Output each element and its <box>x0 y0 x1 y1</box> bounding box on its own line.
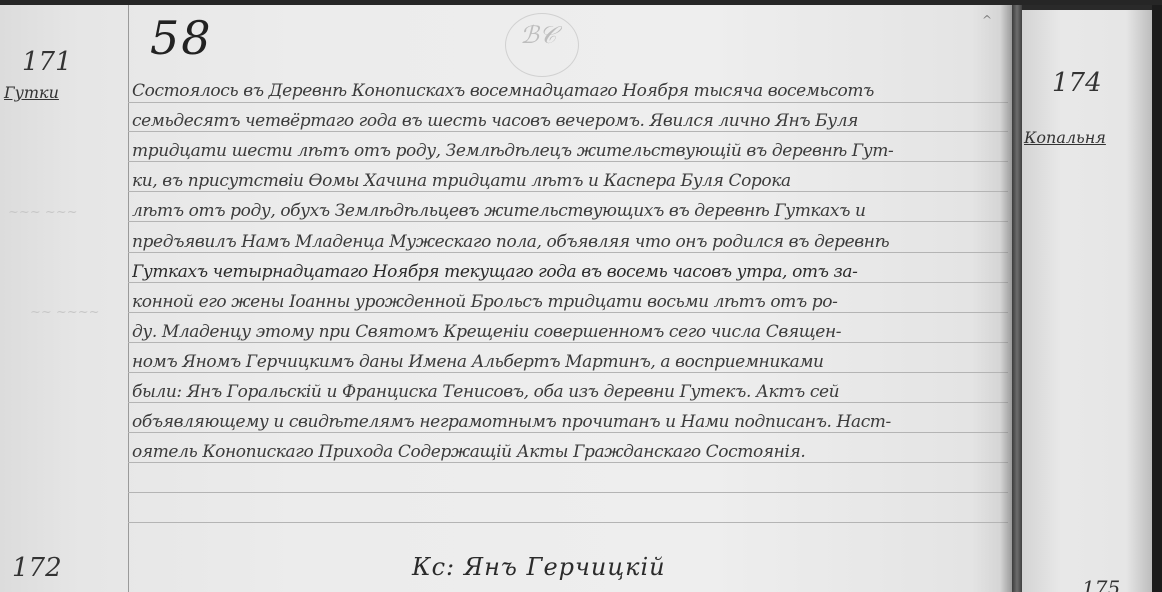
record-line: лѣтъ отъ роду, обухъ Землѣдѣльцевъ жител… <box>132 201 1012 221</box>
ruled-line <box>128 252 1008 253</box>
record-line: ки, въ присутствіи Ѳомы Хачина тридцати … <box>132 171 1012 191</box>
bleed-through-text: ~~ ~~~~ <box>30 305 100 320</box>
corner-mark: ^ <box>982 13 992 27</box>
viewer-right-edge <box>1152 5 1162 592</box>
record-line: Состоялось въ Деревнѣ Конопискахъ восемн… <box>132 81 1012 101</box>
record-line: ду. Младенцу этому при Святомъ Крещеніи … <box>132 322 1012 342</box>
ruled-line <box>128 191 1008 192</box>
ruled-line <box>128 312 1008 313</box>
record-line: предъявилъ Намъ Младенца Мужескаго пола,… <box>132 232 1012 252</box>
record-line: конной его жены Іоанны урожденной Брольс… <box>132 292 1012 312</box>
stamp-monogram: ℬ𝒞 <box>520 21 556 49</box>
ruled-line <box>128 372 1008 373</box>
facing-entry-number: 174 <box>1052 68 1102 98</box>
ruled-line <box>128 432 1008 433</box>
entry-number: 171 <box>22 47 72 77</box>
next-entry-number: 172 <box>12 553 62 583</box>
ruled-line <box>128 402 1008 403</box>
facing-page-edge: 174 Копальня 175 <box>1022 10 1152 592</box>
record-line: семьдесятъ четвёртаго года въ шесть часо… <box>132 111 1012 131</box>
ruled-line <box>128 282 1008 283</box>
margin-rule <box>128 5 129 592</box>
priest-signature: Кс: Янъ Герчицкій <box>412 553 666 581</box>
ruled-line <box>128 522 1008 523</box>
record-line: оятель Конопискаго Прихода Содержащій Ак… <box>132 442 1012 462</box>
record-line: Гуткахъ четырнадцатаго Ноября текущаго г… <box>132 262 1012 282</box>
facing-village-name: Копальня <box>1024 128 1106 147</box>
ruled-line <box>128 161 1008 162</box>
entry-village-name: Гутки <box>4 83 59 102</box>
ruled-line <box>128 462 1008 463</box>
ruled-line <box>128 102 1008 103</box>
record-line: были: Янъ Горальскій и Франциска Тенисов… <box>132 382 1012 402</box>
document-page: 58 ℬ𝒞 ^ 171 Гутки 172 ~~~ ~~~ ~~ ~~~~ Со… <box>0 5 1012 592</box>
ruled-line <box>128 131 1008 132</box>
facing-bottom-number: 175 <box>1082 576 1120 592</box>
page-number: 58 <box>150 11 213 65</box>
record-line: объявляющему и свидѣтелямъ неграмотнымъ … <box>132 412 1012 432</box>
ruled-line <box>128 492 1008 493</box>
record-line: номъ Яномъ Герчицкимъ даны Имена Альберт… <box>132 352 1012 372</box>
ruled-line <box>128 221 1008 222</box>
ruled-line <box>128 342 1008 343</box>
page-gutter <box>1012 5 1022 592</box>
record-line: тридцати шести лѣтъ отъ роду, Землѣдѣлец… <box>132 141 1012 161</box>
bleed-through-text: ~~~ ~~~ <box>8 205 78 220</box>
